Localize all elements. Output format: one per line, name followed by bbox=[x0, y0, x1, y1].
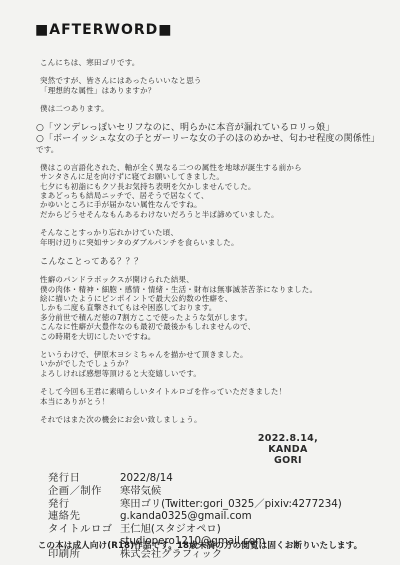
text-line: そんなことすっかり忘れかけていた頃、 bbox=[40, 228, 370, 237]
paragraph-logo-thanks: そして今回も王君に素晴らしいタイトルロゴを作っていただきました！ 本当にありがと… bbox=[40, 387, 370, 406]
signature-name: GORI bbox=[258, 455, 318, 466]
attribute-item: ○「ツンデレっぽいセリフなのに、明らかに本音が漏れているロリっ娘」 bbox=[36, 123, 370, 134]
colophon-value: g.kanda0325@gmail.com bbox=[120, 510, 370, 523]
r18-notice: この本は成人向け(R18)作品です。18歳未満の方の閲覧は固くお断りいたします。 bbox=[0, 539, 400, 551]
author-signature: 2022.8.14, KANDA GORI bbox=[258, 433, 318, 466]
text-line: というわけで、伊原木ヨシミちゃんを描かせて頂きました。 bbox=[40, 350, 370, 359]
text-line: 絵に描いたようにピンポイントで最大公約数の性癖を、 bbox=[40, 294, 370, 303]
colophon-row: 発行日 2022/8/14 bbox=[48, 472, 370, 485]
text-line: いかがでしたでしょうか？ bbox=[40, 359, 370, 368]
text-line: 年明け辺りに突如サンタのダブルパンチを食らいました。 bbox=[40, 238, 370, 247]
text-line: 多分前世で積んだ徳の7割方ここで使ったような気がします。 bbox=[40, 313, 370, 322]
colophon-value: 王仁旭(スタジオペロ) bbox=[120, 523, 370, 536]
text-line: 本当にありがとう！ bbox=[40, 397, 370, 406]
colophon-label: 発行 bbox=[48, 498, 120, 511]
text-line: 僕は二つあります。 bbox=[40, 104, 370, 113]
text-line: サンタさんに足を向けずに寝てお願いしてきました。 bbox=[40, 172, 370, 181]
attribute-item: ○「ボーイッシュな女の子とガーリーな女の子のほのめかせ、匂わせ程度の関係性」 bbox=[36, 134, 370, 145]
text-line: 僕の肉体・精神・細胞・感情・情緒・生活・財布は無事滅茶苦茶になりました。 bbox=[40, 285, 370, 294]
text-line: 七夕にも初詣にもクソ長お気持ち表明を欠かしませんでした。 bbox=[40, 182, 370, 191]
attribute-list: ○「ツンデレっぽいセリフなのに、明らかに本音が漏れているロリっ娘」 ○「ボーイッ… bbox=[36, 123, 370, 155]
paragraph-thanks: というわけで、伊原木ヨシミちゃんを描かせて頂きました。 いかがでしたでしょうか？… bbox=[40, 350, 370, 378]
text-line: よろしければ感想等頂けると大変嬉しいです。 bbox=[40, 369, 370, 378]
paragraph-exclaim: こんなことってある？？？ bbox=[40, 256, 370, 266]
colophon-label: 企画／制作 bbox=[48, 485, 120, 498]
colophon-row: 企画／制作 寒帯気候 bbox=[48, 485, 370, 498]
text-line: だからどうせそんなもんあるわけないだろうと半ば諦めていました。 bbox=[40, 210, 370, 219]
text-line: それではまた次の機会にお会い致しましょう。 bbox=[40, 415, 370, 424]
page-title: ■AFTERWORD■ bbox=[35, 22, 370, 38]
text-line: 僕はこの言語化された、軸が全く異なる二つの属性を地球が誕生する前から bbox=[40, 163, 370, 172]
paragraph-two: 僕は二つあります。 bbox=[40, 104, 370, 113]
colophon-value: 2022/8/14 bbox=[120, 472, 370, 485]
colophon-value: 寒帯気候 bbox=[120, 485, 370, 498]
signature-date: 2022.8.14, bbox=[258, 433, 318, 444]
signature-name: KANDA bbox=[258, 444, 318, 455]
attribute-suffix: です。 bbox=[36, 145, 370, 154]
text-line: しかも二度も直撃されてもはや困惑しております。 bbox=[40, 303, 370, 312]
colophon-label: 連絡先 bbox=[48, 510, 120, 523]
colophon-label: 発行日 bbox=[48, 472, 120, 485]
text-line: 「理想的な属性」はありますか？ bbox=[40, 86, 370, 95]
paragraph-punch: そんなことすっかり忘れかけていた頃、 年明け辺りに突如サンタのダブルパンチを食ら… bbox=[40, 228, 370, 247]
colophon-label: タイトルロゴ bbox=[48, 523, 120, 536]
text-line: 突然ですが、皆さんにはあったらいいなと思う bbox=[40, 76, 370, 85]
text-line: かゆいところに手が届かない属性なんですね。 bbox=[40, 200, 370, 209]
paragraph-pandora: 性癖のパンドラボックスが開けられた結果、 僕の肉体・精神・細胞・感情・情緒・生活… bbox=[40, 275, 370, 341]
colophon-row: 発行 寒田ゴリ(Twitter:gori_0325／pixiv:4277234) bbox=[48, 498, 370, 511]
colophon-row: タイトルロゴ 王仁旭(スタジオペロ) bbox=[48, 523, 370, 536]
text-line: こんなに性癖が大豊作なのも最初で最後かもしれませんので、 bbox=[40, 322, 370, 331]
text-line: こんなことってある？？？ bbox=[40, 256, 370, 266]
paragraph-wish: 僕はこの言語化された、軸が全く異なる二つの属性を地球が誕生する前から サンタさん… bbox=[40, 163, 370, 219]
paragraph-greeting: こんにちは、寒田ゴリです。 bbox=[40, 58, 370, 67]
text-line: この時期を大切にしたいですね。 bbox=[40, 332, 370, 341]
text-line: 性癖のパンドラボックスが開けられた結果、 bbox=[40, 275, 370, 284]
colophon-row: 連絡先 g.kanda0325@gmail.com bbox=[48, 510, 370, 523]
paragraph-question: 突然ですが、皆さんにはあったらいいなと思う 「理想的な属性」はありますか？ bbox=[40, 76, 370, 95]
colophon-value: 寒田ゴリ(Twitter:gori_0325／pixiv:4277234) bbox=[120, 498, 370, 511]
text-line: こんにちは、寒田ゴリです。 bbox=[40, 58, 370, 67]
text-line: そして今回も王君に素晴らしいタイトルロゴを作っていただきました！ bbox=[40, 387, 370, 396]
afterword-page: ■AFTERWORD■ こんにちは、寒田ゴリです。 突然ですが、皆さんにはあった… bbox=[0, 0, 400, 565]
paragraph-closing: それではまた次の機会にお会い致しましょう。 bbox=[40, 415, 370, 424]
